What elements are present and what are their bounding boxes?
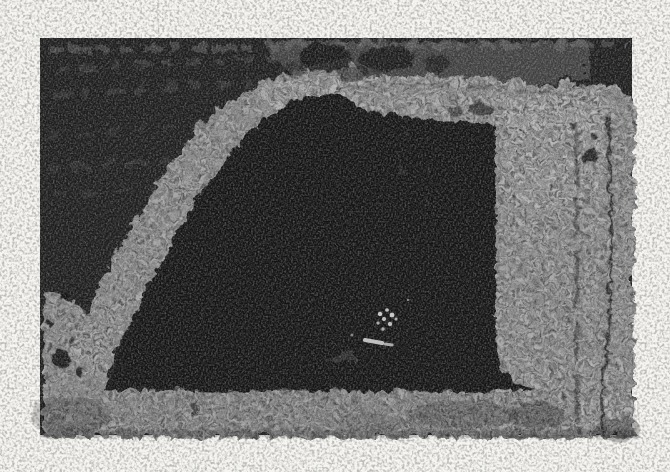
door-window-photo-figure: [0, 0, 670, 472]
scanned-page: [0, 0, 670, 472]
film-grain-shadows: [40, 38, 632, 435]
door-window-photograph: [28, 38, 640, 440]
